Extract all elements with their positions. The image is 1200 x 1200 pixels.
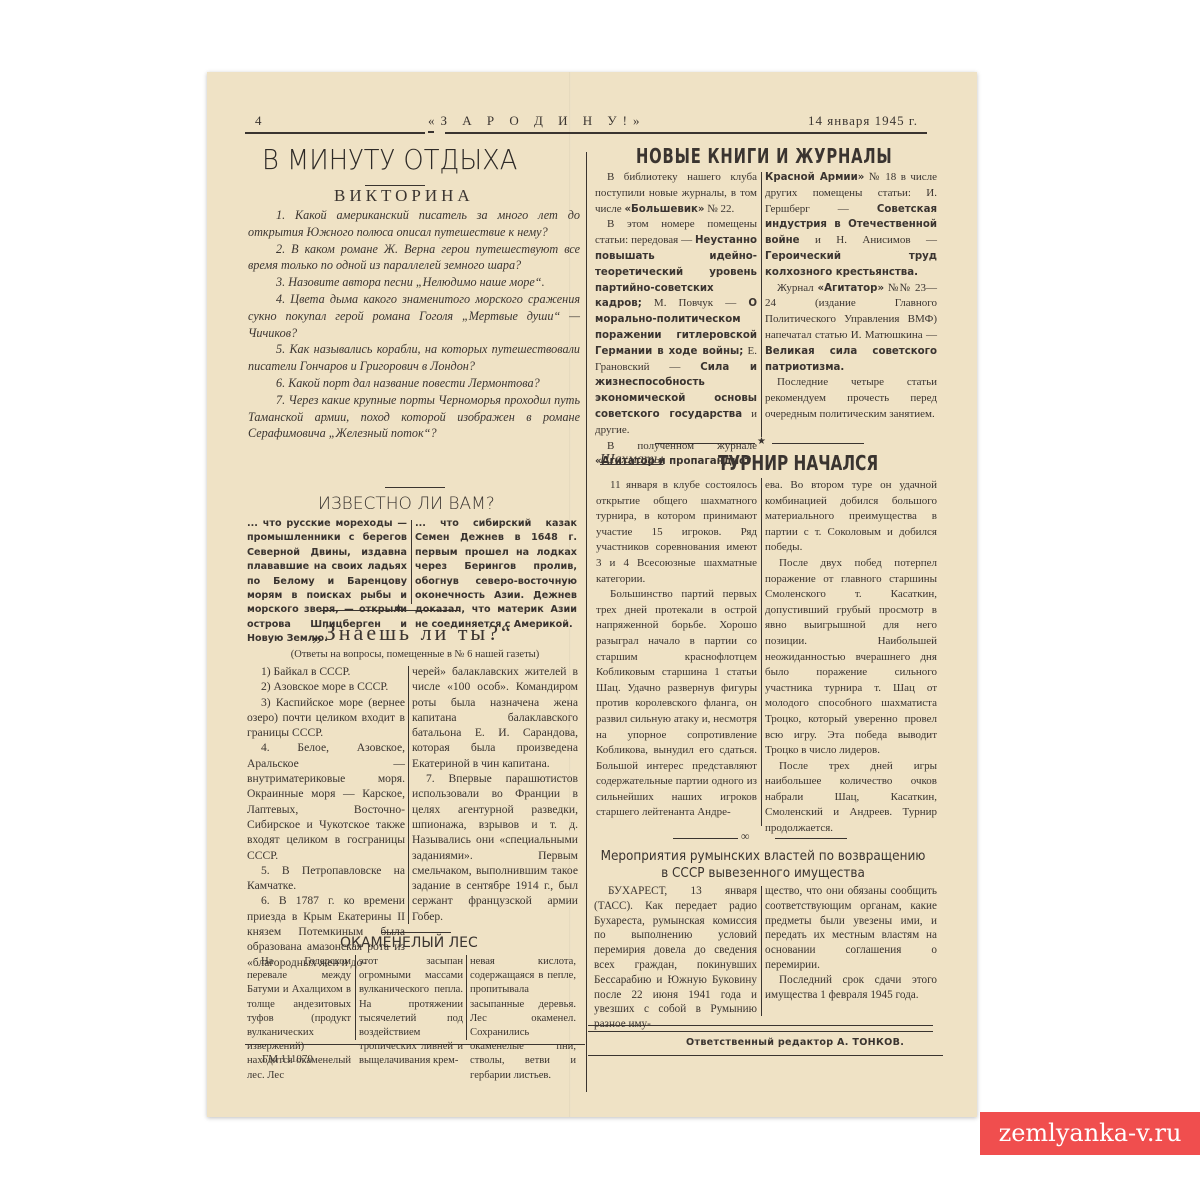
quiz-question: 4. Цвета дыма какого знаменитого морског… — [248, 291, 580, 341]
quiz-question: 5. Как назывались корабли, на которых пу… — [248, 341, 580, 375]
quiz-title: ВИКТОРИНА — [334, 186, 474, 206]
section-title: В МИНУТУ ОТДЫХА — [262, 143, 517, 176]
answers-subtitle: (Ответы на вопросы, помещенные в № 6 наш… — [250, 649, 580, 660]
quiz-question: 2. В каком романе Ж. Верна герои путешес… — [248, 241, 580, 275]
books-col2: Красной Армии» № 18 в числе других помещ… — [765, 170, 937, 423]
masthead-rule — [245, 132, 425, 134]
newspaper-title: «З А Р О Д И Н У!» — [428, 113, 645, 129]
star-ornament-icon: ★ — [394, 603, 403, 614]
column-divider — [586, 152, 587, 1092]
did-you-know-col2: ... что сибирский казак Семен Дежнев в 1… — [415, 517, 577, 632]
watermark-badge[interactable]: zemlyanka-v.ru — [980, 1112, 1200, 1155]
page-number: 4 — [255, 113, 263, 129]
romania-col2: щество, что они обязаны сообщить соответ… — [765, 884, 937, 1002]
books-title: НОВЫЕ КНИГИ И ЖУРНАЛЫ — [636, 144, 893, 168]
forest-col3: невая кислота, содержащаяся в пепле, про… — [470, 955, 576, 1083]
chess-col1: 11 января в клубе состоялось открытие об… — [596, 478, 757, 821]
star-ornament-icon: ★ — [757, 436, 766, 447]
editor-credit: Ответственный редактор А. ТОНКОВ. — [686, 1037, 904, 1048]
quiz-questions: 1. Какой американский писатель за много … — [248, 207, 580, 442]
print-code: ГМ 111070 — [262, 1053, 313, 1065]
answers-col2: черей» балаклавских жителей в числе «100… — [412, 664, 578, 924]
chess-title: ТУРНИР НАЧАЛСЯ — [718, 451, 878, 475]
quiz-question: 6. Какой порт дал название повести Лермо… — [248, 375, 580, 392]
forest-col2: этот засыпан огромными массами вулканиче… — [359, 955, 463, 1069]
answers-title: „Знаешь ли ты?“ — [312, 620, 514, 646]
romania-col1: БУХАРЕСТ, 13 января (ТАСС). Как передает… — [594, 884, 757, 1032]
ornament-icon: ∞ — [741, 829, 750, 844]
quiz-question: 1. Какой американский писатель за много … — [248, 207, 580, 241]
romania-title: Мероприятия румынских властей по возвращ… — [588, 848, 938, 882]
answers-col1: 1) Байкал в СССР. 2) Азовское море в ССС… — [247, 664, 405, 970]
did-you-know-title: ИЗВЕСТНО ЛИ ВАМ? — [318, 494, 495, 514]
quiz-question: 3. Назовите автора песни „Нелюдимо наше … — [248, 274, 580, 291]
issue-date: 14 января 1945 г. — [808, 113, 918, 129]
chess-col2: ева. Во втором туре он удачной комбинаци… — [765, 478, 937, 837]
quiz-question: 7. Через какие крупные порты Черноморья … — [248, 392, 580, 442]
chess-rubric: Шахматы — [600, 452, 663, 468]
forest-title: ОКАМЕНЕЛЫЙ ЛЕС — [340, 935, 478, 951]
books-col1: В библиотеку нашего клуба поступили новы… — [595, 170, 757, 470]
